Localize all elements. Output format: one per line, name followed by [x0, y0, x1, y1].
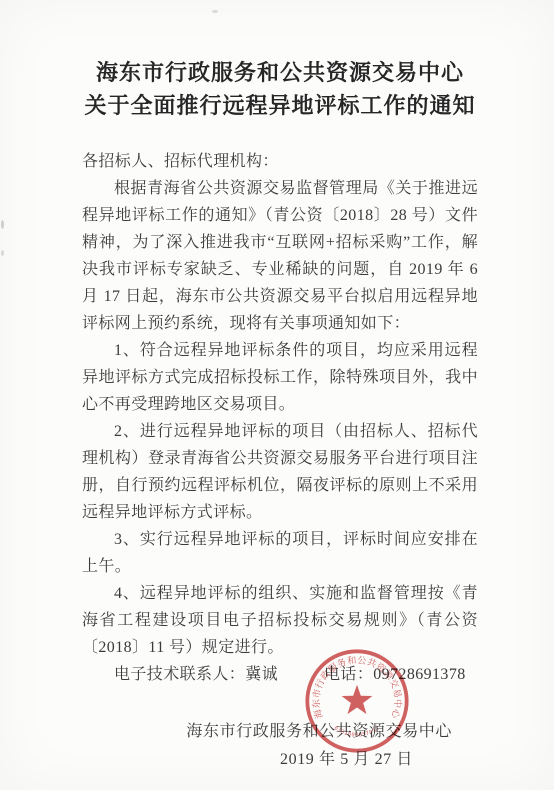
document-content: 海东市行政服务和公共资源交易中心 关于全面推行远程异地评标工作的通知 各招标人、… — [82, 56, 478, 774]
signature-block: 海东市行政服务和公共资源交易中心 2019 年 5 月 27 日 — [82, 718, 478, 774]
document-title: 海东市行政服务和公共资源交易中心 关于全面推行远程异地评标工作的通知 — [82, 56, 478, 122]
paragraph-item-1: 1、符合远程异地评标条件的项目，均应采用远程异地评标方式完成招标投标工作，除特殊… — [82, 337, 478, 418]
phone-number: 09728691378 — [373, 666, 465, 683]
scan-speck — [212, 10, 218, 13]
contact-name: 冀诚 — [245, 666, 278, 683]
paragraph-item-4: 4、远程异地评标的组织、实施和监督管理按《青海省工程建设项目电子招标投标交易规则… — [82, 580, 478, 661]
salutation: 各招标人、招标代理机构： — [82, 148, 478, 175]
document-page: 海东市行政服务和公共资源交易中心 关于全面推行远程异地评标工作的通知 各招标人、… — [0, 0, 554, 790]
scan-speck — [1, 220, 4, 229]
contact-label: 电子技术联系人： — [114, 666, 245, 683]
contact-line: 电子技术联系人：冀诚电话：09728691378 — [82, 661, 478, 688]
title-line-2: 关于全面推行远程异地评标工作的通知 — [82, 89, 478, 122]
scan-speck — [1, 250, 4, 256]
paragraph-item-2: 2、进行远程异地评标的项目（由招标人、招标代理机构）登录青海省公共资源交易服务平… — [82, 418, 478, 526]
signature-date: 2019 年 5 月 27 日 — [82, 746, 413, 774]
paragraph-item-3: 3、实行远程异地评标的项目，评标时间应安排在上午。 — [82, 526, 478, 580]
phone-label: 电话： — [324, 666, 373, 683]
signature-org: 海东市行政服务和公共资源交易中心 — [82, 718, 452, 746]
paragraph-intro: 根据青海省公共资源交易监督管理局《关于推进远程异地评标工作的通知》（青公资〔20… — [82, 175, 478, 337]
title-line-1: 海东市行政服务和公共资源交易中心 — [82, 56, 478, 89]
